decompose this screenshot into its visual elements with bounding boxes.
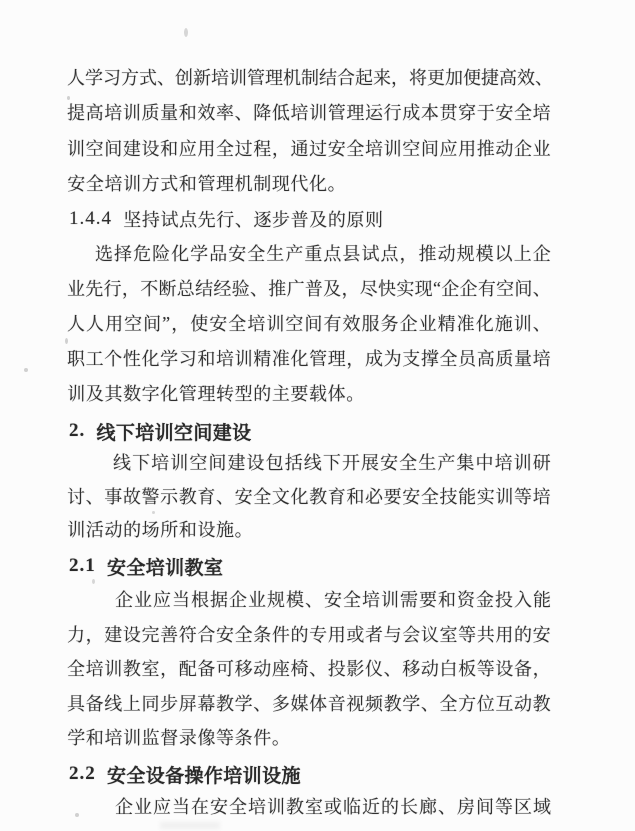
text-line: 业先行，不断总结经验、推广普及，尽快实现“企企有空间、 [67,275,551,301]
section-heading-1-4-4: 1.4.4 坚持试点先行、逐步普及的原则 [69,205,383,233]
scanned-document-page: 人学习方式、创新培训管理机制结合起来，将更加便捷高效、 提高培训质量和效率、降低… [0,0,635,831]
section-title: 安全设备操作培训设施 [107,761,301,788]
section-title: 安全培训教室 [107,553,223,580]
scan-smudge [160,822,220,829]
scan-speck [75,813,79,817]
text-line: 人人用空间”，使安全培训空间有效服务企业精准化施训、 [67,310,551,336]
section-number: 2.1 [69,555,96,577]
text-line: 讨、事故警示教育、安全文化教育和必要安全技能实训等培 [67,483,551,509]
text-line: 安全培训方式和管理机制现代化。 [67,170,346,196]
section-heading-2: 2. 线下培训空间建设 [69,417,251,445]
scan-speck [67,96,70,100]
scan-speck [184,28,188,37]
scan-speck [152,511,155,514]
text-line: 训空间建设和应用全过程，通过安全培训空间应用推动企业 [67,135,551,161]
text-line: 力，建设完善符合安全条件的专用或者与会议室等共用的安 [67,621,551,647]
section-number: 2.2 [69,763,96,785]
text-line: 训活动的场所和设施。 [67,516,253,542]
section-title: 线下培训空间建设 [96,418,251,445]
text-line: 具备线上同步屏幕教学、多媒体音视频教学、全方位互动教 [67,690,551,716]
text-line: 线下培训空间建设包括线下开展安全生产集中培训研 [113,449,551,475]
scan-speck [24,368,28,372]
text-line: 选择危险化学品安全生产重点县试点，推动规模以上企 [95,240,551,266]
text-line: 人学习方式、创新培训管理机制结合起来，将更加便捷高效、 [67,64,551,90]
section-title: 坚持试点先行、逐步普及的原则 [123,206,383,232]
text-line: 学和培训监督录像等条件。 [67,724,290,750]
scan-speck [65,338,68,344]
section-number: 2. [69,420,85,442]
text-line: 职工个性化学习和培训精准化管理，成为支撑全员高质量培 [67,345,551,371]
text-line: 企业应当在安全培训教室或临近的长廊、房间等区域 [115,793,551,819]
text-line: 提高培训质量和效率、降低培训管理运行成本贯穿于安全培 [67,99,551,125]
text-line: 训及其数字化管理转型的主要载体。 [67,380,365,406]
text-line: 企业应当根据企业规模、安全培训需要和资金投入能 [115,586,551,612]
section-number: 1.4.4 [69,208,112,230]
text-line: 全培训教室，配备可移动座椅、投影仪、移动白板等设备， [67,655,551,681]
scan-speck [92,579,95,584]
section-heading-2-1: 2.1 安全培训教室 [69,552,223,580]
section-heading-2-2: 2.2 安全设备操作培训设施 [69,760,301,788]
